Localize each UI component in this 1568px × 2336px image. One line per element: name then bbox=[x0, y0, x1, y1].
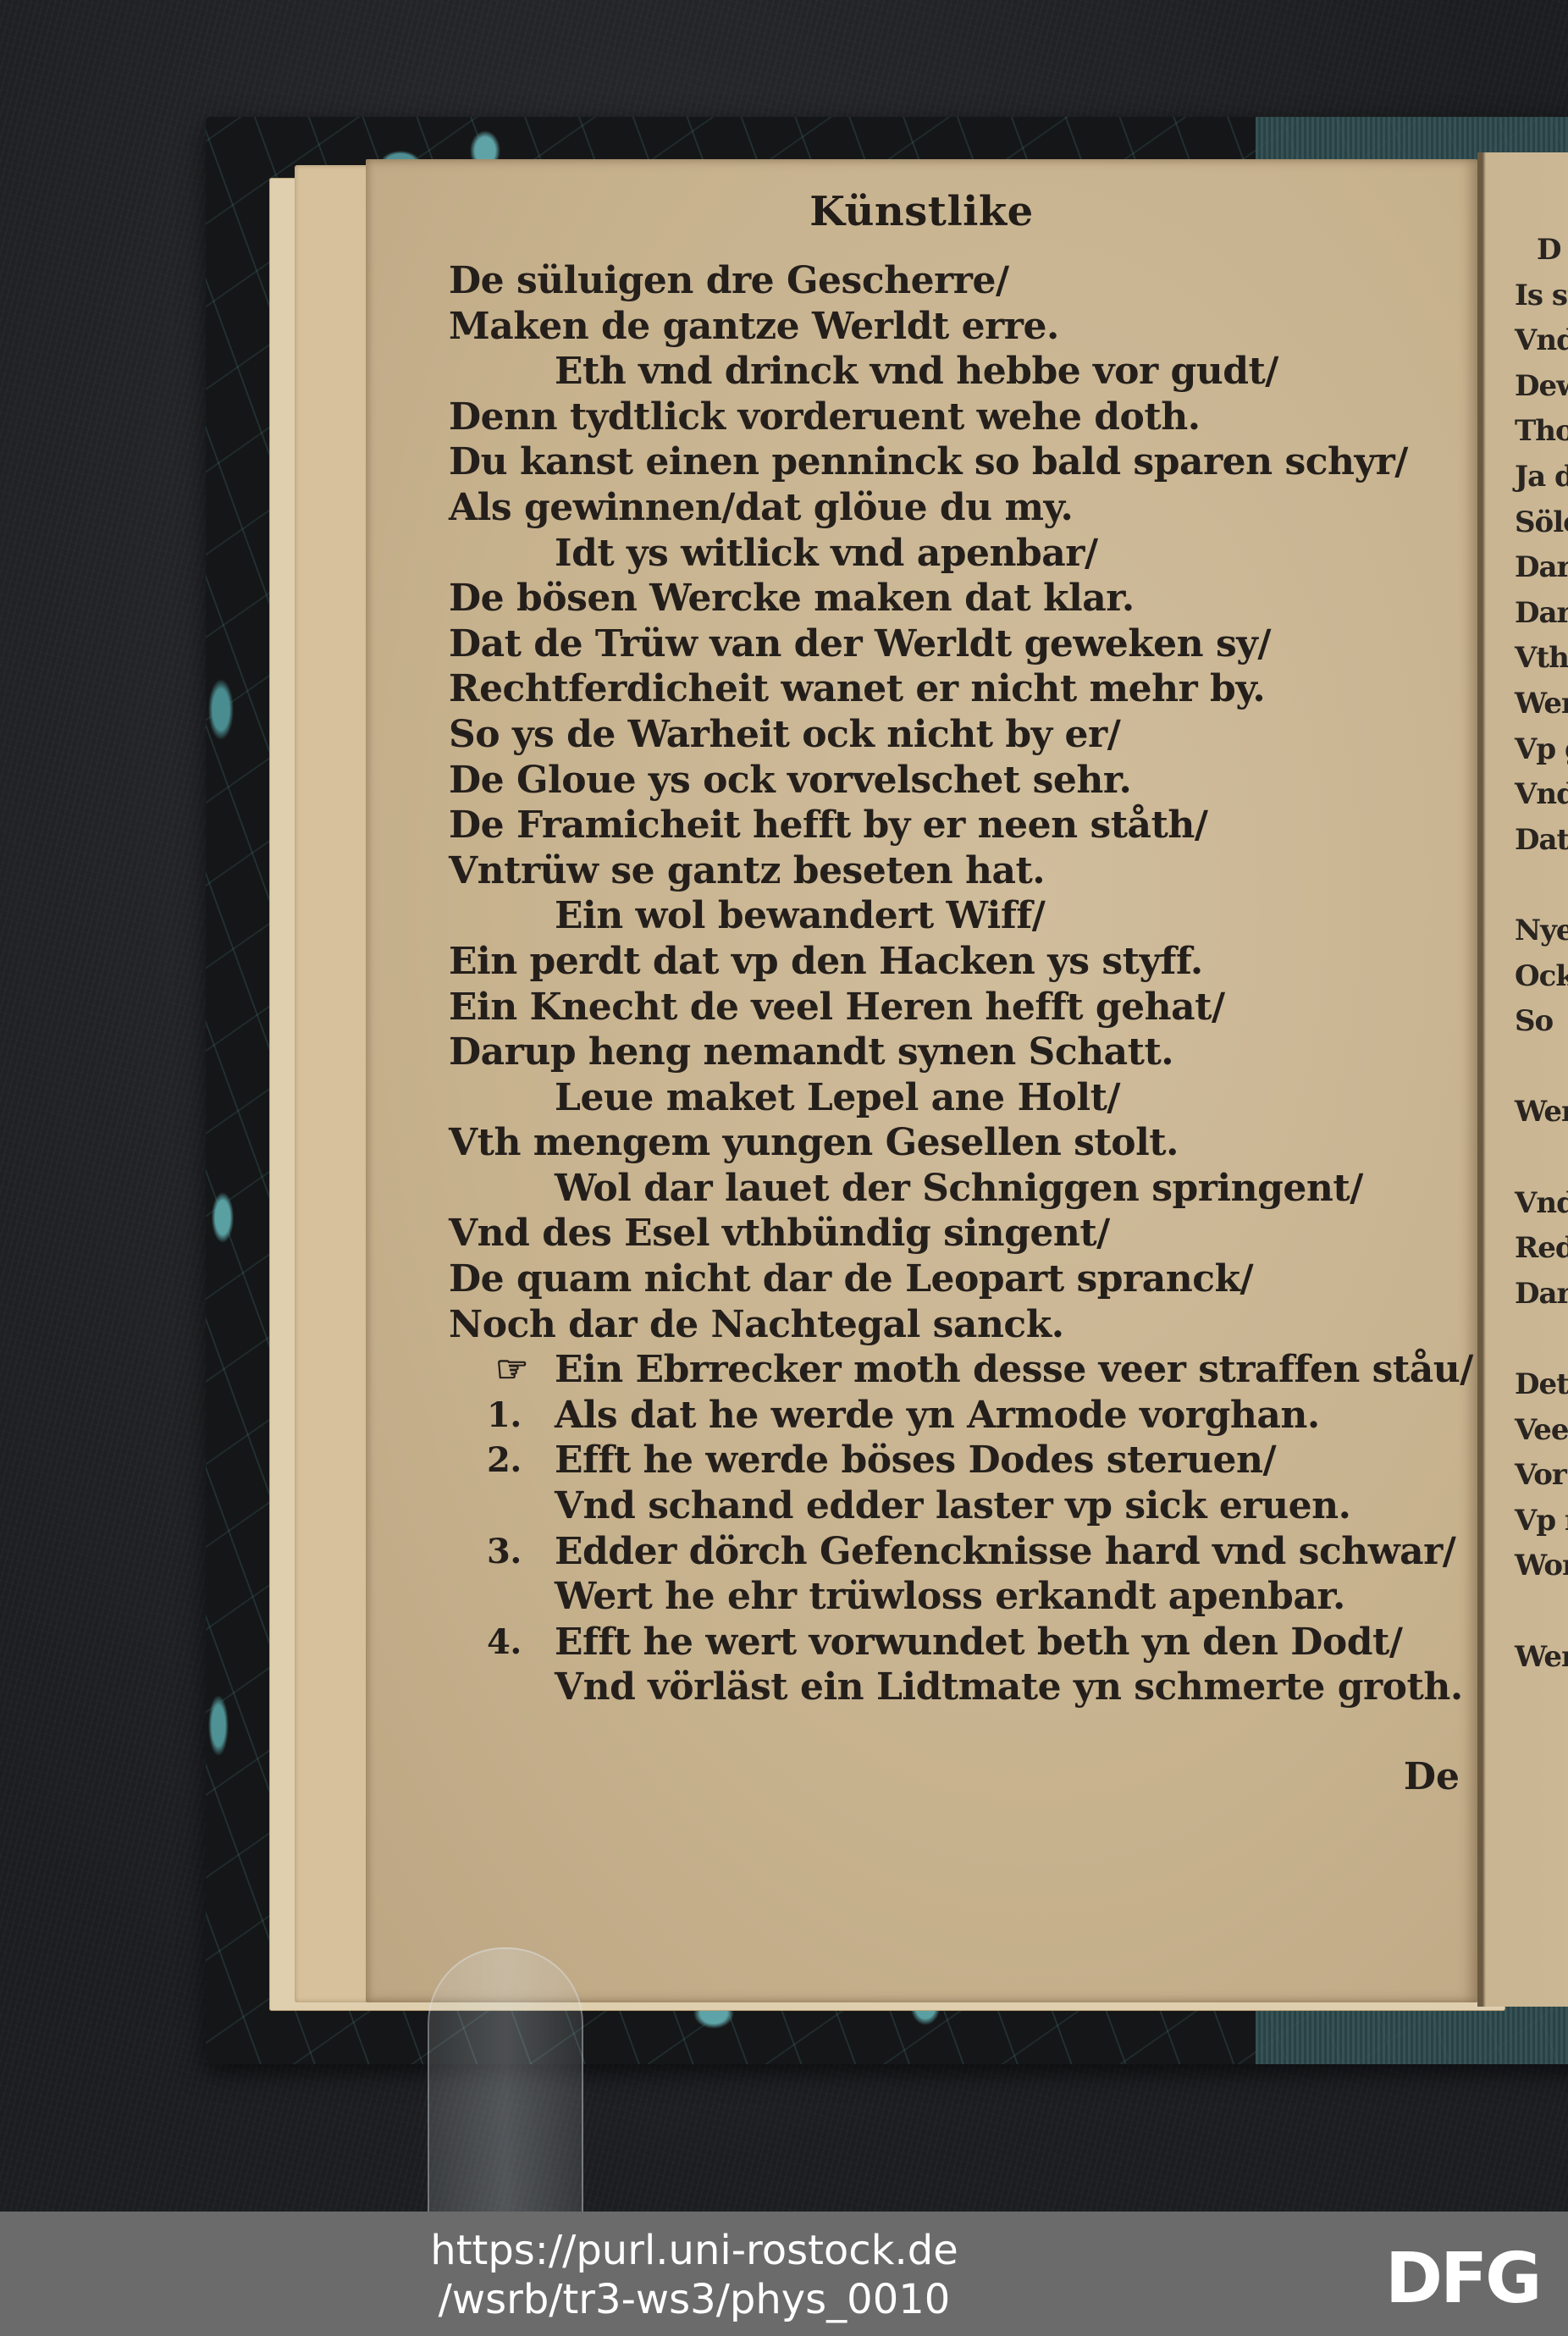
facing-page-fragment: Vor bbox=[1515, 1458, 1566, 1492]
running-head: Künstlike bbox=[366, 188, 1477, 235]
text-line: De Framicheit hefft by er neen ståth/ bbox=[449, 803, 1448, 848]
page-text: De süluigen dre Gescherre/Maken de gantz… bbox=[449, 258, 1448, 1710]
facing-page: DIs steleVnd alDewylThom lJa datSölckDar… bbox=[1477, 152, 1568, 2007]
list-item-line: Vnd vörläst ein Lidtmate yn schmerte gro… bbox=[449, 1665, 1448, 1710]
list-item-line: 2.Efft he werde böses Dodes steruen/ bbox=[449, 1438, 1448, 1483]
facing-page-fragment: Wenn bbox=[1515, 1640, 1568, 1674]
list-item-text: Efft he werde böses Dodes steruen/ bbox=[555, 1439, 1276, 1482]
text-line: Dat de Trüw van der Werldt geweken sy/ bbox=[449, 621, 1448, 667]
facing-page-fragment: Darth bbox=[1515, 596, 1568, 630]
list-item-line: Wert he ehr trüwloss erkandt apenbar. bbox=[449, 1574, 1448, 1620]
list-item-line: 3.Edder dörch Gefencknisse hard vnd schw… bbox=[449, 1529, 1448, 1575]
list-number: 2. bbox=[487, 1438, 522, 1483]
list-number: 3. bbox=[487, 1529, 522, 1575]
list-item-text: Edder dörch Gefencknisse hard vnd schwar… bbox=[555, 1530, 1455, 1573]
list-intro-line: ☞Ein Ebrrecker moth desse veer straffen … bbox=[449, 1347, 1448, 1393]
text-line: Darup heng nemandt synen Schatt. bbox=[449, 1030, 1448, 1075]
list-number: 4. bbox=[487, 1620, 522, 1665]
text-line: Als gewinnen/dat glöue du my. bbox=[449, 485, 1448, 531]
text-line: Eth vnd drinck vnd hebbe vor gudt/ bbox=[449, 349, 1448, 395]
facing-page-fragment: So bbox=[1515, 1004, 1553, 1038]
facing-page-fragment: Is stele bbox=[1515, 279, 1568, 312]
page-holder-clip bbox=[428, 1947, 583, 2213]
facing-page-fragment: Wen bbox=[1515, 1095, 1568, 1129]
text-line: Ein Knecht de veel Heren hefft gehat/ bbox=[449, 985, 1448, 1030]
text-line: Du kanst einen penninck so bald sparen s… bbox=[449, 439, 1448, 485]
text-line: De süluigen dre Gescherre/ bbox=[449, 258, 1448, 304]
text-line: Leue maket Lepel ane Holt/ bbox=[449, 1075, 1448, 1121]
catchword: De bbox=[1404, 1755, 1460, 1798]
list-item-text: Als dat he werde yn Armode vorghan. bbox=[555, 1394, 1320, 1437]
list-item-text: Vnd schand edder laster vp sick eruen. bbox=[555, 1484, 1350, 1527]
facing-page-fragment: Sölck bbox=[1515, 505, 1568, 539]
permalink-line-2[interactable]: /wsrb/tr3-ws3/phys_0010 bbox=[356, 2274, 1033, 2325]
facing-page-fragment: Vp gl bbox=[1515, 732, 1568, 766]
list-item-line: Vnd schand edder laster vp sick eruen. bbox=[449, 1483, 1448, 1529]
facing-page-fragment: Vp r bbox=[1515, 1504, 1568, 1538]
facing-page-fragment: Wor bbox=[1515, 1549, 1568, 1582]
facing-page-fragment: Vnd al bbox=[1515, 323, 1568, 357]
facing-page-fragment: D bbox=[1537, 233, 1560, 267]
text-line: Ein wol bewandert Wiff/ bbox=[449, 893, 1448, 939]
facing-page-fragment: Werck bbox=[1515, 687, 1568, 721]
text-line: Vth mengem yungen Gesellen stolt. bbox=[449, 1120, 1448, 1166]
dfg-logo: DFG bbox=[1385, 2245, 1539, 2313]
list-item-text: Vnd vörläst ein Lidtmate yn schmerte gro… bbox=[555, 1665, 1463, 1709]
list-item-line: 1.Als dat he werde yn Armode vorghan. bbox=[449, 1393, 1448, 1439]
list-item-line: 4.Efft he wert vorwundet beth yn den Dod… bbox=[449, 1620, 1448, 1665]
facing-page-fragment: Darmi bbox=[1515, 550, 1568, 584]
manicule-icon: ☞ bbox=[495, 1347, 528, 1393]
facing-page-fragment: Det bbox=[1515, 1367, 1568, 1401]
facing-page-fragment: Veel bbox=[1515, 1413, 1568, 1447]
permalink-line-1[interactable]: https://purl.uni-rostock.de bbox=[356, 2225, 1033, 2276]
text-line: Wol dar lauet der Schniggen springent/ bbox=[449, 1166, 1448, 1212]
facing-page-fragment: Ja dat bbox=[1515, 460, 1568, 494]
facing-page-fragment: Vnd bbox=[1515, 777, 1568, 811]
text-line: Denn tydtlick vorderuent wehe doth. bbox=[449, 395, 1448, 440]
text-line: Maken de gantze Werldt erre. bbox=[449, 304, 1448, 350]
facing-page-fragment: Vth g bbox=[1515, 641, 1568, 675]
facing-page-fragment: Red bbox=[1515, 1231, 1568, 1265]
text-line: De quam nicht dar de Leopart spranck/ bbox=[449, 1256, 1448, 1302]
text-line: Idt ys witlick vnd apenbar/ bbox=[449, 531, 1448, 577]
text-line: De Gloue ys ock vorvelschet sehr. bbox=[449, 758, 1448, 804]
text-line: Noch dar de Nachtegal sanck. bbox=[449, 1302, 1448, 1348]
footer-bar: https://purl.uni-rostock.de /wsrb/tr3-ws… bbox=[0, 2212, 1568, 2336]
text-line: Vnd des Esel vthbündig singent/ bbox=[449, 1211, 1448, 1256]
facing-page-fragment: Thom l bbox=[1515, 414, 1568, 448]
facing-page-fragment: Ock bbox=[1515, 959, 1568, 993]
list-intro-text: Ein Ebrrecker moth desse veer straffen s… bbox=[555, 1348, 1473, 1391]
list-number: 1. bbox=[487, 1393, 522, 1439]
text-line: Vntrüw se gantz beseten hat. bbox=[449, 848, 1448, 894]
facing-page-fragment: Dewyl bbox=[1515, 369, 1568, 403]
list-item-text: Wert he ehr trüwloss erkandt apenbar. bbox=[555, 1575, 1345, 1618]
text-line: Ein perdt dat vp den Hacken ys styff. bbox=[449, 939, 1448, 985]
facing-page-fragment: Vnd bbox=[1515, 1186, 1568, 1220]
facing-page-fragment: Dar bbox=[1515, 1277, 1568, 1311]
list-item-text: Efft he wert vorwundet beth yn den Dodt/ bbox=[555, 1621, 1402, 1664]
text-line: So ys de Warheit ock nicht by er/ bbox=[449, 712, 1448, 758]
facing-page-fragment: Nye bbox=[1515, 914, 1568, 947]
text-line: De bösen Wercke maken dat klar. bbox=[449, 576, 1448, 621]
facing-page-fragment: Dat d bbox=[1515, 823, 1568, 857]
text-line: Rechtferdicheit wanet er nicht mehr by. bbox=[449, 666, 1448, 712]
